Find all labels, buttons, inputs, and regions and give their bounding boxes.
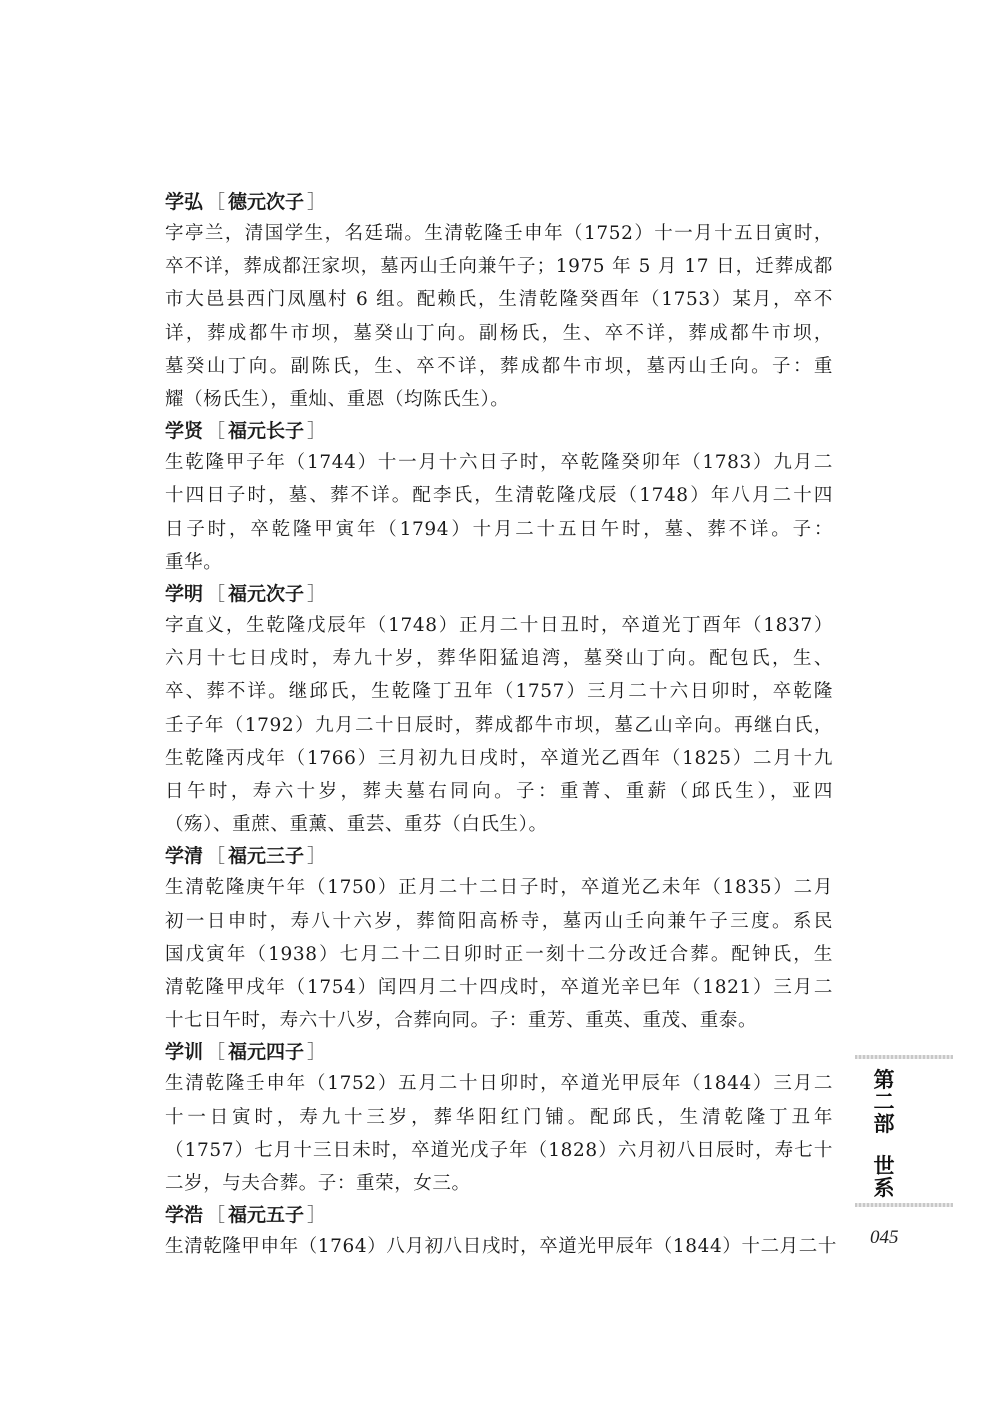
text-line: 十一日寅时，寿九十三岁，葬华阳红门铺。配邱氏，生清乾隆丁丑年 [165, 1101, 833, 1134]
page-content: 学弘［德元次子］字亭兰，清国学生，名廷瑞。生清乾隆壬申年（1752）十一月十五日… [165, 187, 833, 1263]
bracket-open: ［ [206, 1041, 225, 1063]
entry-heading: 学弘［德元次子］ [165, 187, 833, 217]
bracket-close: ］ [307, 420, 326, 442]
chapter-part-char: 第 [869, 1069, 899, 1091]
text-line: 重华。 [165, 546, 833, 579]
text-line: 墓癸山丁向。副陈氏，生、卒不详，葬成都牛市坝，墓丙山壬向。子：重 [165, 350, 833, 383]
chapter-side-tab: 第 二 部 世 系 [855, 1055, 953, 1208]
bracket-open: ［ [206, 845, 225, 867]
chapter-part-char: 部 [869, 1113, 899, 1135]
chapter-part-char: 二 [869, 1091, 899, 1113]
text-line: 十七日午时，寿六十八岁，合葬向同。子：重芳、重英、重茂、重泰。 [165, 1004, 833, 1037]
decorative-rule-bottom [855, 1203, 953, 1207]
text-line: 六月十七日戌时，寿九十岁，葬华阳猛追湾，墓癸山丁向。配包氏，生、 [165, 642, 833, 675]
text-line: 生清乾隆甲申年（1764）八月初八日戌时，卒道光甲辰年（1844）十二月二十 [165, 1230, 833, 1263]
text-line: 生清乾隆壬申年（1752）五月二十日卯时，卒道光甲辰年（1844）三月二 [165, 1067, 833, 1100]
text-line: 生乾隆丙戌年（1766）三月初九日戌时，卒道光乙酉年（1825）二月十九 [165, 742, 833, 775]
text-line: 耀（杨氏生），重灿、重恩（均陈氏生）。 [165, 383, 833, 416]
text-line: 字亭兰，清国学生，名廷瑞。生清乾隆壬申年（1752）十一月十五日寅时， [165, 217, 833, 250]
text-line: 日午时，寿六十岁，葬夫墓右同向。子：重菁、重薪（邱氏生），亚四 [165, 775, 833, 808]
entry-name: 学浩 [165, 1204, 203, 1226]
text-line: 市大邑县西门凤凰村 6 组。配赖氏，生清乾隆癸酉年（1753）某月，卒不 [165, 283, 833, 316]
text-line: 清乾隆甲戌年（1754）闰四月二十四戌时，卒道光辛巳年（1821）三月二 [165, 971, 833, 1004]
entry-relation: 德元次子 [228, 191, 304, 213]
entry-relation: 福元次子 [228, 583, 304, 605]
text-line: 生乾隆甲子年（1744）十一月十六日子时，卒乾隆癸卯年（1783）九月二 [165, 446, 833, 479]
entry-heading: 学训［福元四子］ [165, 1037, 833, 1067]
text-line: 字直义，生乾隆戊辰年（1748）正月二十日丑时，卒道光丁酉年（1837） [165, 609, 833, 642]
text-line: 卒不详，葬成都汪家坝，墓丙山壬向兼午子；1975 年 5 月 17 日，迁葬成都 [165, 250, 833, 283]
entry-name: 学贤 [165, 420, 203, 442]
text-line: （殇）、重蔗、重薰、重芸、重芬（白氏生）。 [165, 808, 833, 841]
entry-relation: 福元五子 [228, 1204, 304, 1226]
entry-heading: 学浩［福元五子］ [165, 1200, 833, 1230]
entry-name: 学弘 [165, 191, 203, 213]
bracket-open: ［ [206, 191, 225, 213]
entry-body: 生清乾隆庚午年（1750）正月二十二日子时，卒道光乙未年（1835）二月初一日申… [165, 871, 833, 1037]
entry-body: 生乾隆甲子年（1744）十一月十六日子时，卒乾隆癸卯年（1783）九月二十四日子… [165, 446, 833, 579]
entry-heading: 学贤［福元长子］ [165, 416, 833, 446]
text-line: 二岁，与夫合葬。子：重荣，女三。 [165, 1167, 833, 1200]
bracket-open: ［ [206, 420, 225, 442]
entry-body: 生清乾隆甲申年（1764）八月初八日戌时，卒道光甲辰年（1844）十二月二十 [165, 1230, 833, 1263]
text-line: 生清乾隆庚午年（1750）正月二十二日子时，卒道光乙未年（1835）二月 [165, 871, 833, 904]
chapter-title-char: 世 [869, 1155, 899, 1177]
text-line: （1757）七月十三日未时，卒道光戊子年（1828）六月初八日辰时，寿七十 [165, 1134, 833, 1167]
decorative-rule-top [855, 1055, 953, 1059]
page-number: 045 [870, 1227, 899, 1249]
text-line: 卒、葬不详。继邱氏，生乾隆丁丑年（1757）三月二十六日卯时，卒乾隆 [165, 675, 833, 708]
entry-body: 字直义，生乾隆戊辰年（1748）正月二十日丑时，卒道光丁酉年（1837）六月十七… [165, 609, 833, 841]
chapter-label: 第 二 部 世 系 [869, 1069, 899, 1199]
text-line: 日子时，卒乾隆甲寅年（1794）十月二十五日午时，墓、葬不详。子： [165, 513, 833, 546]
entry-name: 学清 [165, 845, 203, 867]
entry-relation: 福元三子 [228, 845, 304, 867]
text-line: 初一日申时，寿八十六岁，葬简阳高桥寺，墓丙山壬向兼午子三度。系民 [165, 905, 833, 938]
entry-heading: 学明［福元次子］ [165, 579, 833, 609]
entry-relation: 福元四子 [228, 1041, 304, 1063]
bracket-open: ［ [206, 1204, 225, 1226]
bracket-close: ］ [307, 583, 326, 605]
entry-name: 学训 [165, 1041, 203, 1063]
chapter-title-char: 系 [869, 1177, 899, 1199]
text-line: 详，葬成都牛市坝，墓癸山丁向。副杨氏，生、卒不详，葬成都牛市坝， [165, 317, 833, 350]
entry-body: 字亭兰，清国学生，名廷瑞。生清乾隆壬申年（1752）十一月十五日寅时，卒不详，葬… [165, 217, 833, 416]
bracket-close: ］ [307, 1204, 326, 1226]
chapter-label-gap [869, 1135, 899, 1155]
text-line: 国戊寅年（1938）七月二十二日卯时正一刻十二分改迁合葬。配钟氏，生 [165, 938, 833, 971]
text-line: 十四日子时，墓、葬不详。配李氏，生清乾隆戊辰（1748）年八月二十四 [165, 479, 833, 512]
entry-relation: 福元长子 [228, 420, 304, 442]
bracket-close: ］ [307, 191, 326, 213]
entry-heading: 学清［福元三子］ [165, 841, 833, 871]
entry-name: 学明 [165, 583, 203, 605]
text-line: 壬子年（1792）九月二十日辰时，葬成都牛市坝，墓乙山辛向。再继白氏， [165, 709, 833, 742]
bracket-close: ］ [307, 845, 326, 867]
entry-body: 生清乾隆壬申年（1752）五月二十日卯时，卒道光甲辰年（1844）三月二十一日寅… [165, 1067, 833, 1200]
bracket-open: ［ [206, 583, 225, 605]
bracket-close: ］ [307, 1041, 326, 1063]
